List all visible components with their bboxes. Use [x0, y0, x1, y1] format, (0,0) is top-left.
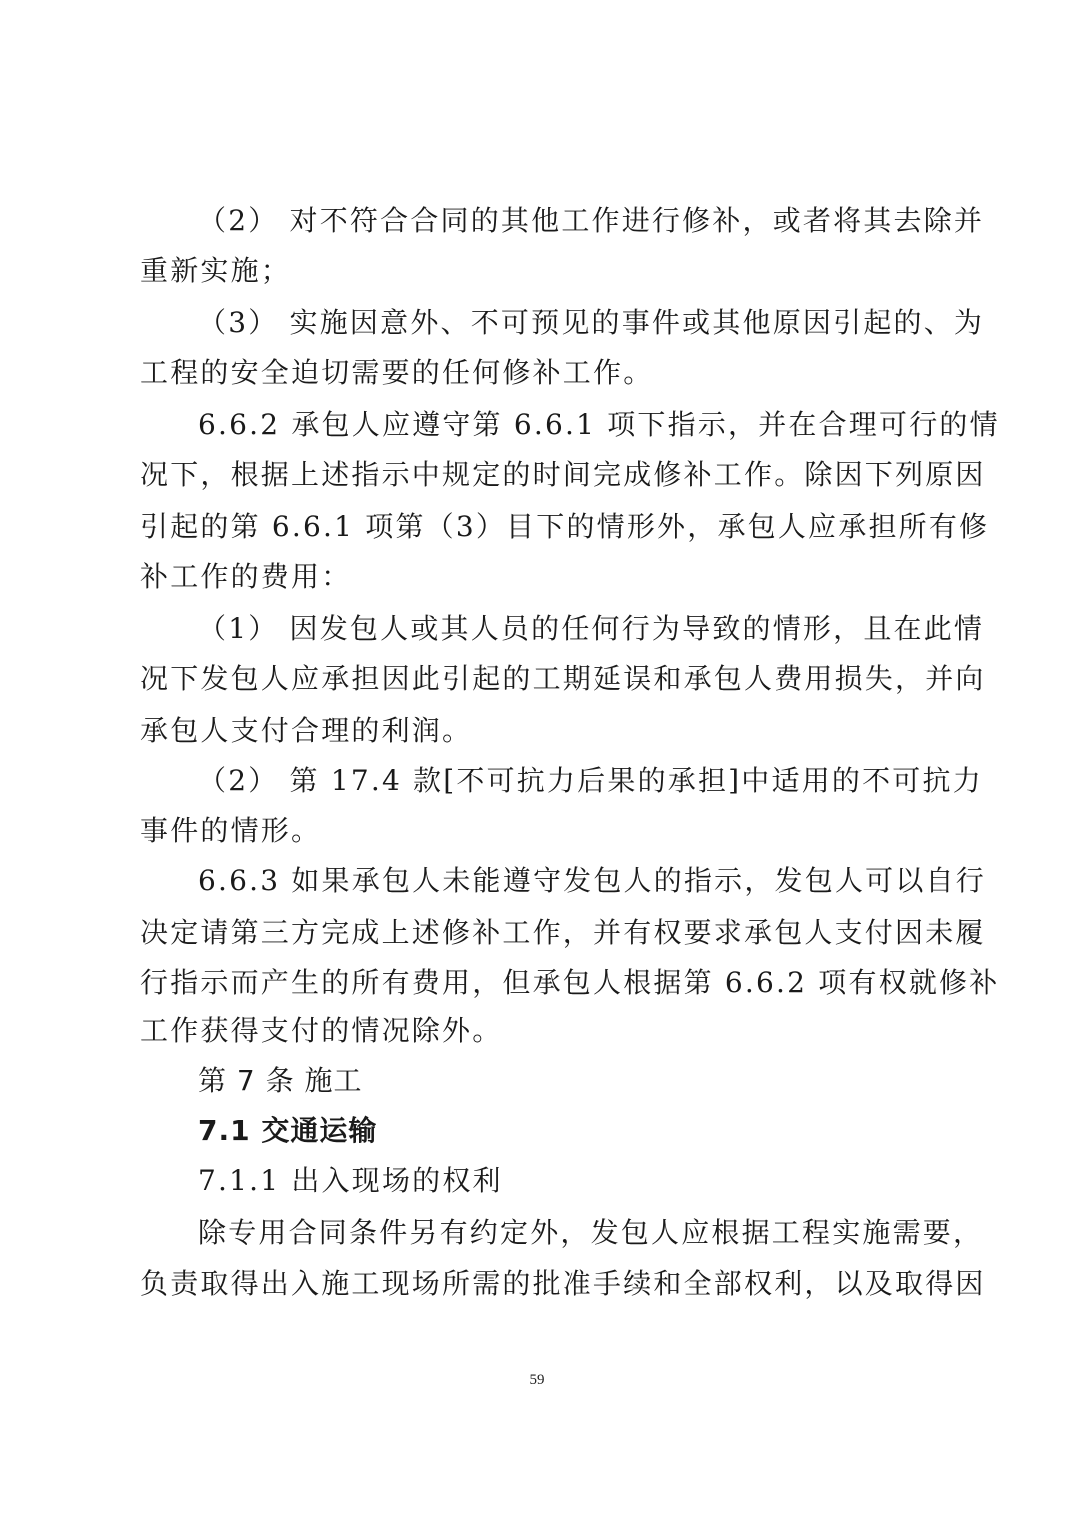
list-item-line: 况下发包人应承担因此引起的工期延误和承包人费用损失，并向 [140, 654, 936, 704]
clause-6-6-2-line: 补工作的费用： [140, 552, 936, 602]
paragraph-line: （2） 对不符合合同的其他工作进行修补，或者将其去除并 [140, 196, 936, 246]
list-item-line: 事件的情形。 [140, 806, 936, 856]
clause-6-6-3-line: 6.6.3 如果承包人未能遵守发包人的指示，发包人可以自行 [140, 856, 936, 906]
subsection-heading: 7.1.1 出入现场的权利 [140, 1156, 936, 1206]
page-number: 59 [0, 1372, 1074, 1389]
list-item-line: （1） 因发包人或其人员的任何行为导致的情形，且在此情 [140, 604, 936, 654]
paragraph-line: 负责取得出入施工现场所需的批准手续和全部权利，以及取得因 [140, 1259, 936, 1309]
clause-6-6-3-line: 工作获得支付的情况除外。 [140, 1006, 936, 1056]
paragraph-line: 重新实施； [140, 246, 936, 296]
clause-6-6-2-line: 引起的第 6.6.1 项第（3）目下的情形外，承包人应承担所有修 [140, 502, 936, 552]
clause-6-6-3-line: 决定请第三方完成上述修补工作，并有权要求承包人支付因未履 [140, 908, 936, 958]
paragraph-line: 除专用合同条件另有约定外，发包人应根据工程实施需要， [140, 1208, 936, 1258]
section-heading: 7.1 交通运输 [140, 1106, 936, 1156]
list-item-line: 承包人支付合理的利润。 [140, 706, 936, 756]
clause-6-6-3-line: 行指示而产生的所有费用，但承包人根据第 6.6.2 项有权就修补 [140, 958, 936, 1008]
article-heading: 第 7 条 施工 [140, 1056, 936, 1106]
paragraph-line: （3） 实施因意外、不可预见的事件或其他原因引起的、为 [140, 298, 936, 348]
clause-6-6-2-line: 6.6.2 承包人应遵守第 6.6.1 项下指示，并在合理可行的情 [140, 400, 936, 450]
clause-6-6-2-line: 况下，根据上述指示中规定的时间完成修补工作。除因下列原因 [140, 450, 936, 500]
paragraph-line: 工程的安全迫切需要的任何修补工作。 [140, 348, 936, 398]
list-item-line: （2） 第 17.4 款[不可抗力后果的承担]中适用的不可抗力 [140, 756, 936, 806]
